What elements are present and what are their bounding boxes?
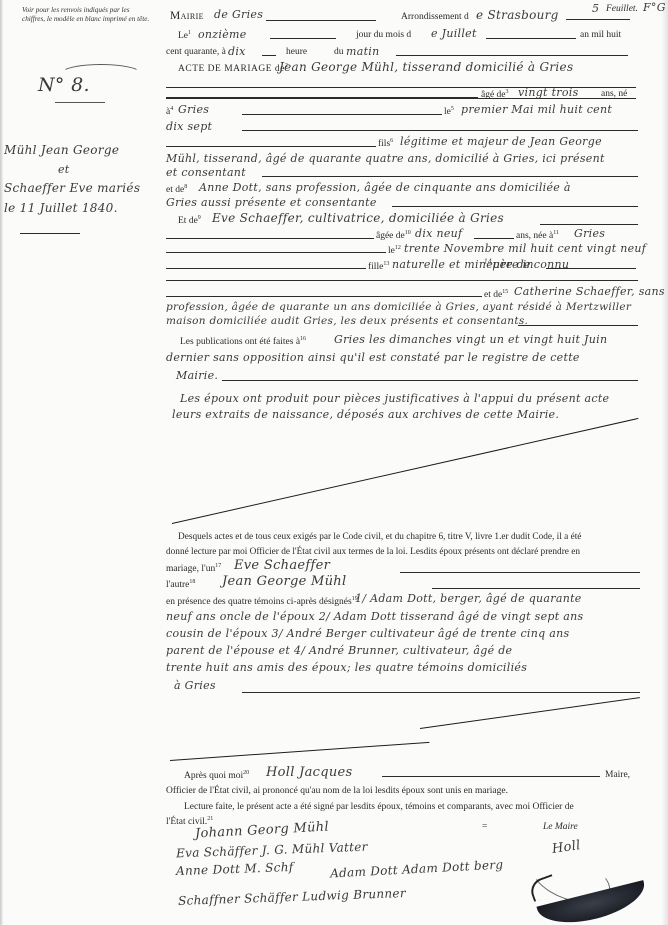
declaration-line-1: Desquels actes et de tous ceux exigés pa… xyxy=(178,532,581,542)
label-ans: ans, né xyxy=(601,89,627,99)
witnesses-line-4: parent de l'épouse et 4/ André Brunner, … xyxy=(166,644,512,657)
groom-identity: Jean George Mühl, tisserand domicilié à … xyxy=(279,60,573,74)
spouse-one: Eve Schaeffer xyxy=(234,558,330,573)
witnesses-line-2: neuf ans oncle de l'époux 2/ Adam Dott t… xyxy=(166,610,583,623)
bride-mother: Catherine Schaeffer, sans xyxy=(514,285,665,298)
publications-text-2: dernier sans opposition ainsi qu'il est … xyxy=(166,351,580,364)
bride-mother-residence: maison domiciliée audit Gries, les deux … xyxy=(166,315,528,327)
flourish xyxy=(60,64,142,84)
witnesses-line-1: 1/ Adam Dott, berger, âgé de quarante xyxy=(355,592,582,605)
rule xyxy=(166,238,374,239)
label-heure: heure xyxy=(286,47,307,57)
rule xyxy=(382,776,600,777)
label-du: du xyxy=(334,47,344,57)
margin-marriage-date: le 11 Juillet 1840. xyxy=(4,201,118,215)
rule xyxy=(546,268,636,269)
declaration-line-2: donné lecture par moi Officier de l'État… xyxy=(166,547,580,557)
label-un: mariage, l'un17 xyxy=(166,563,221,574)
label-et-de-bride: Et de9 xyxy=(178,215,201,226)
label-maire: Maire, xyxy=(605,770,630,780)
label-fils: fils6 xyxy=(378,138,393,149)
margin-names-bride: Schaeffer Eve mariés xyxy=(4,181,140,195)
marriage-record-page: Voir pour les renvois indiqués par les c… xyxy=(0,0,668,925)
rule xyxy=(474,238,514,239)
equals-mark: = xyxy=(482,822,487,832)
rule xyxy=(166,268,366,269)
groom-birthyear: dix sept xyxy=(166,120,212,133)
groom-birthdate: premier Mai mil huit cent xyxy=(461,103,612,116)
rule xyxy=(242,114,442,115)
label-ans-nee: ans, née à11 xyxy=(516,230,559,241)
margin-instruction-line: chiffres, le modèle en blanc imprimé en … xyxy=(22,15,149,24)
label-cent: cent quarante, à xyxy=(166,47,226,57)
signature-witnesses-dott: Adam Dott Adam Dott berg xyxy=(330,857,504,880)
label-et-de-mother: et de15 xyxy=(484,289,508,300)
margin-instruction: Voir pour les renvois indiqués par les c… xyxy=(22,6,149,24)
label-apres: Après quoi moi20 xyxy=(184,770,249,781)
bride-mother-details: profession, âgée de quarante un ans domi… xyxy=(166,301,631,313)
label-a: à4 xyxy=(166,106,173,117)
groom-mother: Anne Dott, sans profession, âgée de cinq… xyxy=(199,181,571,194)
rule xyxy=(392,206,638,207)
label-year: an mil huit xyxy=(580,30,621,40)
feuillet-value: F°G xyxy=(643,1,666,14)
rule xyxy=(222,380,638,381)
witnesses-line-5: trente huit ans amis des époux; les quat… xyxy=(166,661,527,674)
divider xyxy=(20,233,80,234)
groom-birthplace: Gries xyxy=(178,103,209,116)
rule xyxy=(262,176,638,177)
publications-text: Gries les dimanches vingt un et vingt hu… xyxy=(334,333,607,346)
spouse-two: Jean George Mühl xyxy=(222,574,346,589)
label-age: âgé de3 xyxy=(481,89,509,100)
marriage-day: onzième xyxy=(198,28,247,41)
rule xyxy=(396,55,628,56)
witnesses-line-6: à Gries xyxy=(174,679,216,692)
rule xyxy=(486,38,576,39)
label-publications: Les publications ont été faites à16 xyxy=(180,336,306,347)
label-acte: ACTE DE MARIAGE de2 xyxy=(178,63,288,74)
scan-edge xyxy=(0,0,3,925)
label-le: Le1 xyxy=(178,30,191,41)
cancel-line xyxy=(420,697,640,729)
groom-father: Mühl, tisserand, âgé de quarante quatre … xyxy=(166,152,605,165)
scan-edge-right xyxy=(662,0,668,925)
groom-father-consent: et consentant xyxy=(166,166,246,179)
rule xyxy=(432,588,640,589)
label-jour: jour du mois d xyxy=(356,30,411,40)
witnesses-line-3: cousin de l'époux 3/ André Berger cultiv… xyxy=(166,627,569,640)
bride-father: 14père inconnu xyxy=(484,258,569,271)
closing-line-2: Officier de l'État civil, ai prononcé qu… xyxy=(166,786,508,796)
rule xyxy=(400,572,640,573)
bride-birthplace: Gries xyxy=(574,227,605,240)
signature-witnesses: Schaffner Schäffer Ludwig Brunner xyxy=(178,886,406,908)
rule xyxy=(518,325,638,326)
documents-text-2: leurs extraits de naissance, déposés aux… xyxy=(172,408,559,421)
bride-age: dix neuf xyxy=(415,227,462,240)
rule xyxy=(242,692,640,693)
le-maire-label: Le Maire xyxy=(543,822,578,832)
margin-names-groom: Mühl Jean George xyxy=(4,143,119,157)
closing-line-3: Lecture faite, le présent acte a été sig… xyxy=(184,802,574,812)
cancel-line xyxy=(170,742,429,761)
rule xyxy=(540,224,638,225)
label-witnesses: en présence des quatre témoins ci-après … xyxy=(166,596,358,607)
label-et-de: et de8 xyxy=(166,184,187,195)
label-le2: le5 xyxy=(444,106,454,117)
mairie-value: de Gries xyxy=(214,8,263,21)
rule xyxy=(262,55,276,56)
rule xyxy=(566,19,630,20)
label-agee: âgée de10 xyxy=(376,230,411,241)
marriage-period: matin xyxy=(346,45,380,58)
rule xyxy=(166,97,478,98)
rule xyxy=(166,146,376,147)
signature-bride-father: Eva Schäffer J. G. Mühl Vatter xyxy=(176,840,368,861)
label-le-bride: le12 xyxy=(388,245,401,256)
rule xyxy=(166,280,638,281)
groom-age: vingt trois xyxy=(518,86,579,99)
rule xyxy=(166,296,482,297)
mairie-label: Mairie xyxy=(170,10,204,22)
arrondissement-label: Arrondissement d xyxy=(401,12,469,22)
signature-groom: Johann Georg Mühl xyxy=(195,820,330,842)
rule xyxy=(242,130,638,131)
bride-identity: Eve Schaeffer, cultivatrice, domiciliée … xyxy=(212,211,504,225)
cancel-line xyxy=(172,418,639,524)
rule xyxy=(166,252,386,253)
signature-mother: Anne Dott M. Schf xyxy=(176,860,294,878)
mayor-name: Holl Jacques xyxy=(266,765,353,780)
label-fille: fille13 xyxy=(368,261,389,272)
margin-instruction-line: Voir pour les renvois indiqués par les xyxy=(22,6,149,15)
margin-names-et: et xyxy=(58,163,70,176)
rule xyxy=(266,20,376,21)
documents-text: Les époux ont produit pour pièces justif… xyxy=(180,392,609,405)
groom-mother-consent: Gries aussi présente et consentante xyxy=(166,196,377,209)
divider xyxy=(55,102,105,103)
marriage-month: e Juillet xyxy=(431,27,477,40)
feuillet-label: Feuillet. xyxy=(606,4,638,14)
groom-filiation: légitime et majeur de Jean George xyxy=(400,135,602,148)
publications-text-3: Mairie. xyxy=(176,369,218,382)
marriage-hour: dix xyxy=(228,45,246,58)
feuillet-prefix: 5 xyxy=(592,2,599,15)
arrondissement-value: e Strasbourg xyxy=(476,8,559,22)
label-autre: l'autre18 xyxy=(166,579,195,590)
rule xyxy=(270,38,336,39)
bride-birthdate: trente Novembre mil huit cent vingt neuf xyxy=(404,242,646,255)
